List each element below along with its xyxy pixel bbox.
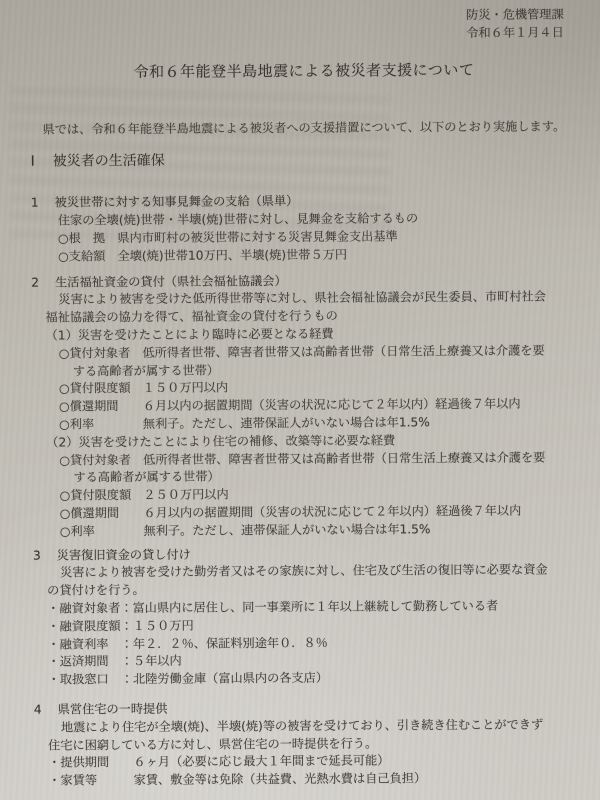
date-label: 令和６年１月４日 [30,24,564,45]
document-title: 令和６年能登半島地震による被災者支援について [30,58,578,83]
part-heading: Ⅰ 被災者の生活確保 [30,150,578,172]
document-page: 防災・危機管理課 令和６年１月４日 令和６年能登半島地震による被災者支援について… [0,0,600,800]
doc-line: ○利率 無利子。ただし、連帯保証人がいない場合は年1.5% [33,520,581,541]
section-welfare-fund-loan: 2 生活福祉資金の貸付（県社会福祉協議会） 災害により被害を受けた低所得世帯等に… [31,271,581,541]
part-title: 被災者の生活確保 [53,152,165,172]
doc-line: ○支給額 全壊(焼)世帯10万円、半壊(焼)世帯５万円 [31,245,579,266]
doc-line: ・家賃等 家賃、敷金等は免除（共益費、光熱水費は自己負担） [34,769,582,790]
section-governor-condolence-payment: 1 被災世帯に対する知事見舞金の支給（県単） 住家の全壊(焼)世帯・半壊(焼)世… [31,192,579,267]
doc-line: ・取扱窓口 ：北陸労働金庫（富山県内の各支店） [34,668,582,689]
document-photo: 防災・危機管理課 令和６年１月４日 令和６年能登半島地震による被災者支援について… [0,0,600,800]
document-header: 防災・危機管理課 令和６年１月４日 [30,6,578,45]
doc-line: ○貸付対象者 低所得者世帯、障害者世帯又は高齢者世帯（日常生活上療養又は介護を要 [32,449,580,470]
part-numeral: Ⅰ [30,153,34,172]
doc-line: 災害により被害を受けた勤労者又はその家族に対し、住宅及び生活の復旧等に必要な資金 [33,562,581,583]
doc-line: ○償還期間 ６月以内の据置期間（災害の状況に応じて２年以内）経過後７年以内 [32,395,580,416]
intro-paragraph: 県では、令和６年能登半島地震による被災者への支援措置について、以下のとおり実施し… [30,118,578,139]
section-disaster-recovery-loan: 3 災害復旧資金の貸し付け 災害により被害を受けた勤労者又はその家族に対し、住宅… [33,544,582,690]
doc-line: 地震により住宅が全壊(焼)、半壊(焼)等の被害を受けており、引き続き住むことがで… [34,716,582,737]
doc-line: ○償還期間 ６月以内の据置期間（災害の状況に応じて２年以内）経過後７年以内 [33,502,581,523]
doc-line: 災害により被害を受けた低所得世帯等に対し、県社会福祉協議会が民生委員、市町村社会 [31,289,579,310]
section-prefectural-housing: 4 県営住宅の一時提供 地震により住宅が全壊(焼)、半壊(焼)等の被害を受けてお… [34,698,583,790]
doc-line: ○貸付対象者 低所得者世帯、障害者世帯又は高齢者世帯（日常生活上療養又は介護を要 [32,342,580,363]
